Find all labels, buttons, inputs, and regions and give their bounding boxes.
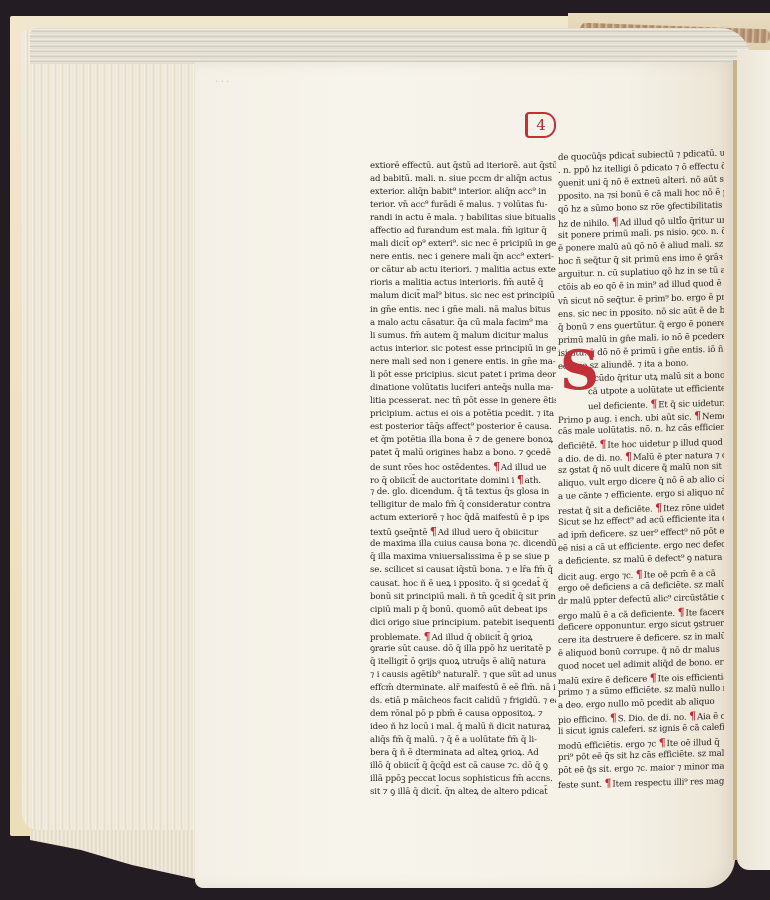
text-line: se. scilicet si causat iq̄stū bona. ⁊ e … [370,564,556,577]
text-line: de sunt rōes hoc ostēdentes. ¶Ad illud u… [370,460,556,473]
text-line: malum dicit̄ mal⁹ bitus. sic nec est pri… [370,290,556,303]
text-line: nere mali sed non i genere entis. in gn̄… [370,356,556,369]
text-line: nere entis. nec i genere mali q̄n acc⁹ e… [370,251,556,264]
text-line: et q̄m potētia illa bona ē ⁊ de genere b… [370,434,556,447]
text-line: bonū sit principiū mali. ñ tn̄ ꝯcedit̄ q… [370,591,556,604]
rubric-pilcrow: ¶ [655,502,662,515]
book-photograph: ... 4 extiorē effectū. aut q̄stū ad iter… [0,0,770,900]
text-line: sit ⁊ ꝯ illā q̄ dicit̄. q̄n alteꝝ de alt… [370,786,556,799]
text-line: terior. vn̄ acc⁹ furādi ē malus. ⁊ volūt… [370,199,556,212]
rubric-pilcrow: ¶ [430,525,437,538]
rubric-pilcrow: ¶ [517,473,524,486]
text-line: ꝯrarie sūt cause. dō q̄ illa ppō hz ueri… [370,643,556,656]
rubric-pilcrow: ¶ [650,397,657,410]
text-line: ad babitū. mali. n. siue pccm dr aliq̄n … [370,173,556,186]
rubric-pilcrow: ¶ [650,671,657,684]
folio-mark: 4 [525,112,556,138]
text-line: rioris a malitia actus interioris. fm̄ a… [370,277,556,290]
rubric-pilcrow: ¶ [659,736,666,749]
text-line: affectio ad furandum est mala. fm̄ igitu… [370,225,556,238]
text-line: textū ꝯseq̄ntē ¶Ad illud uero q̄ obiicit… [370,525,556,538]
text-line: de maxima illa cuius causa bona ⁊c. dice… [370,538,556,551]
rubric-pilcrow: ¶ [424,630,431,643]
page-stack-bottom-edge [30,830,200,880]
rubric-pilcrow: ¶ [600,438,607,451]
text-line: pricipium. actus ei ois a potētia pcedit… [370,408,556,421]
text-line: dinatione volūtatis luciferi anteq̄s nul… [370,382,556,395]
text-line: actum exteriorē ⁊ hoc q̄dā maifestū ē p … [370,512,556,525]
text-line: problemate. ¶Ad illud q̄ obiicit̄ q̄ ꝯri… [370,630,556,643]
rubric-pilcrow: ¶ [689,709,696,722]
text-column-right: de quocūq̄s pdicat̄ subiectū ⁊ pdicatū. … [558,148,724,792]
text-line: dem rōnal pō p pbm̄ ē causa oppositoꝝ. ⁊ [370,708,556,721]
text-line: a malo actu cāsatur. q̄a cū mala facim⁹ … [370,317,556,330]
text-line: effcm̄ dterminate. alr̄ maifestū ē eē fl… [370,682,556,695]
text-line: ds. etiā p māicheos facit calidū ⁊ frigi… [370,695,556,708]
text-line: extiorē effectū. aut q̄stū ad iteriorē. … [370,160,556,173]
text-line: illā ppōꝫ peccat locus sophisticus fm̄ a… [370,773,556,786]
rubric-pilcrow: ¶ [605,777,612,790]
text-line: in gn̄e entis. nec i gn̄e mali. nā malus… [370,304,556,317]
facing-recto-page [737,50,770,870]
text-line: aliq̄s fm̄ q̄ malū. ⁊ q̄ ē a uolūtate fm… [370,734,556,747]
rubric-pilcrow: ¶ [610,711,617,724]
page-stack-fore-edge [22,30,202,830]
text-line: ro q̄ obiicit̄ de auctoritate domini i ¶… [370,473,556,486]
rubric-pilcrow: ¶ [612,216,619,229]
text-line: cipiū mali p q̄ bonū. quomō aūt debeat i… [370,604,556,617]
rubric-pilcrow: ¶ [493,460,500,473]
faint-inscription: ... [215,72,265,86]
rubricated-initial: S [560,343,596,399]
text-line: randi in actu ē mala. ⁊ babilitas siue b… [370,212,556,225]
text-line: ⁊ i causis agētib⁹ naturalr̄. ⁊ que sūt … [370,669,556,682]
text-line: litia pcesserat. nec tn̄ pōt esse in gen… [370,395,556,408]
text-line: telligitur de malo fm̄ q̄ consideratur c… [370,499,556,512]
rubric-pilcrow: ¶ [694,409,701,422]
text-line: li pōt esse pricipius. sicut patet i pri… [370,369,556,382]
page-stack-top-edge [30,28,750,64]
rubric-pilcrow: ¶ [625,450,632,463]
text-line: or cātur ab actu iteriori. ⁊ malitia act… [370,264,556,277]
text-line: mali dicit̄ op⁹ exteri⁹. sic nec ē prici… [370,238,556,251]
text-line: q̄ illa maxima vniuersalissima ē p se si… [370,551,556,564]
text-line: exterior. aliq̄n babit⁹ interior. aliq̄n… [370,186,556,199]
rubric-pilcrow: ¶ [678,605,685,618]
text-line: ⁊ de. glo. dicendum. q̄ tā textus q̄s gl… [370,486,556,499]
text-line: ideo ñ hz locū i mal. q̄ malū ñ dicit na… [370,721,556,734]
rubric-pilcrow: ¶ [636,567,643,580]
text-line: est posterior tāq̄s affect⁹ posterior ē … [370,421,556,434]
text-line: illō q̄ obiicit̄ q̄ q̄cq̄d est cā cause … [370,760,556,773]
text-line: causat. hoc ñ ē ueꝝ i pposito. q̄ si ꝯce… [370,578,556,591]
text-line: li sumus. fm̄ autem q̄ malum dicitur mal… [370,330,556,343]
text-line: patet q̄ malū origines habz a bono. ⁊ ꝯc… [370,447,556,460]
text-column-left: extiorē effectū. aut q̄stū ad iteriorē. … [370,160,556,799]
text-line: bera q̄ ñ ē dterminata ad alteꝝ ꝯrioꝝ. A… [370,747,556,760]
text-line: dici origo siue principium. patebit iseq… [370,617,556,630]
text-line: actus interior. sic potest esse principi… [370,343,556,356]
text-line: q̄ itelligit̄ ō ꝯrijs quoꝝ utruq̄s ē ali… [370,656,556,669]
